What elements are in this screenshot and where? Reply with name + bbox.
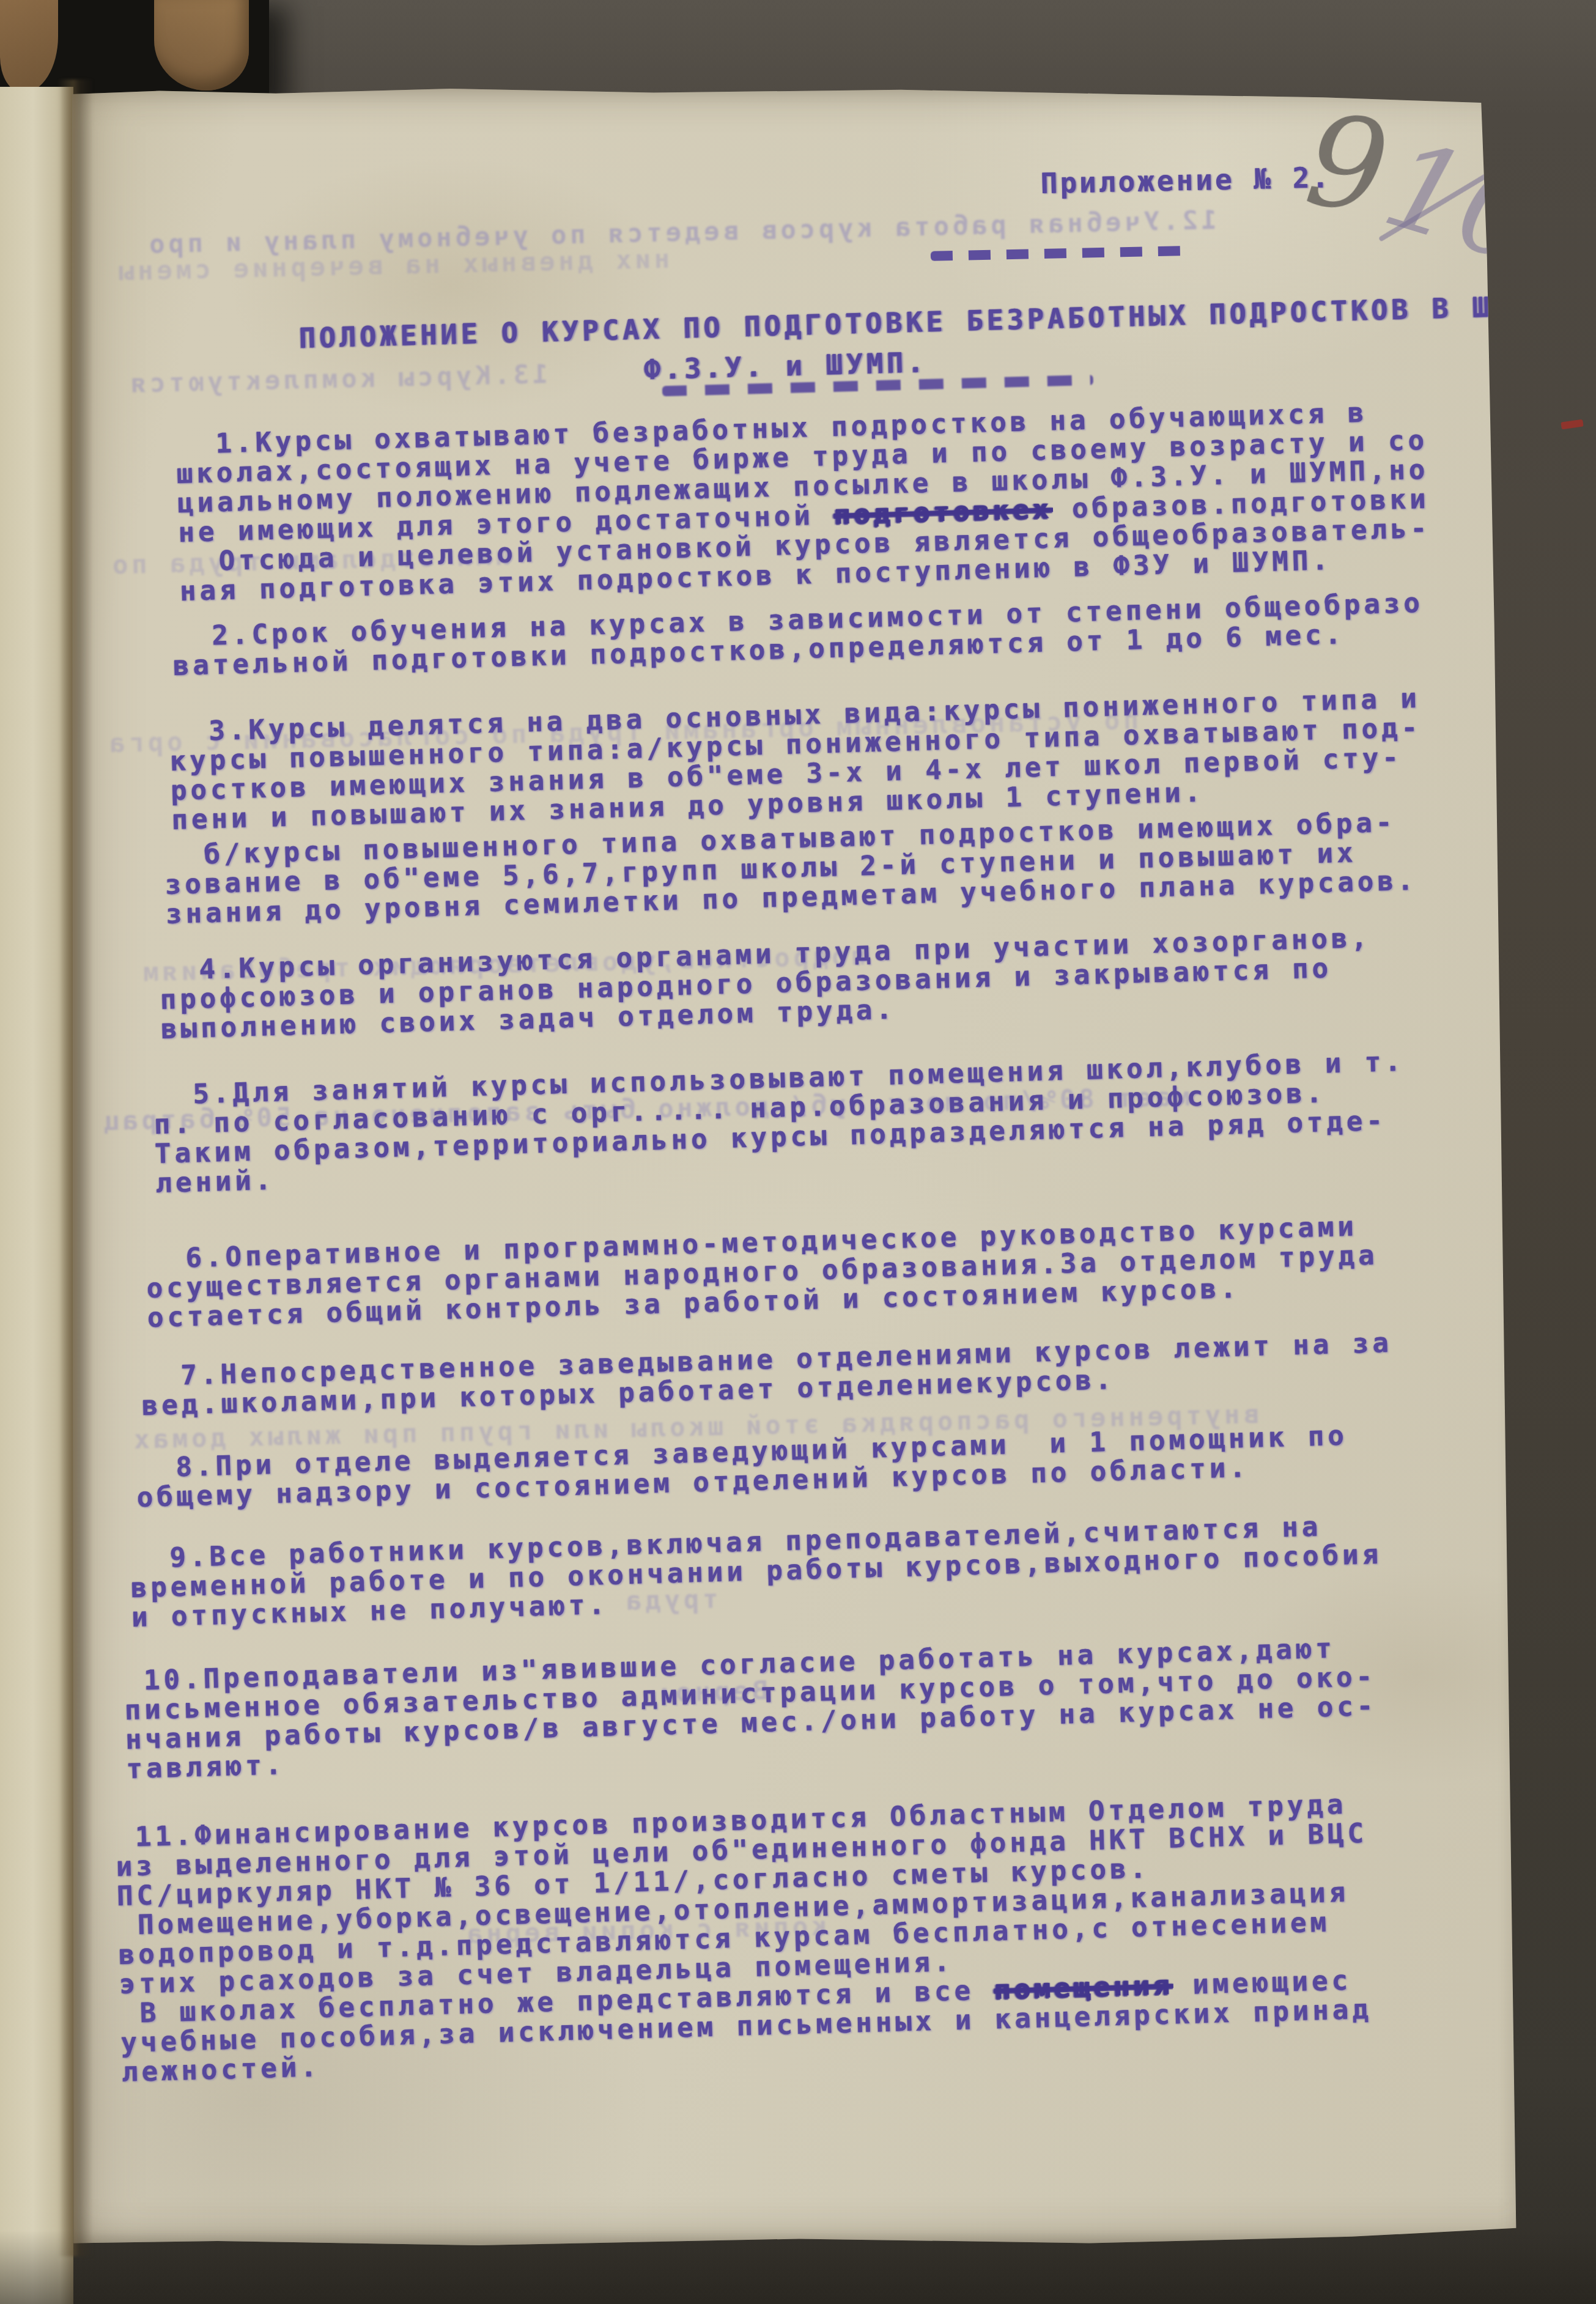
paragraph-2: 2.Срок обучения на курсах в зависимости … xyxy=(172,589,1425,681)
scan-vignette xyxy=(0,2231,1596,2304)
paragraph-6: 6.Оперативное и программно-методическое … xyxy=(146,1212,1380,1333)
struck-word: помещения xyxy=(994,1970,1173,2006)
paragraph-10: 10.Преподаватели из"явившие согласие раб… xyxy=(124,1633,1378,1784)
text-segment: 6.Оперативное и программно-методическое … xyxy=(146,1211,1378,1334)
text-segment: 4.Курсы организуются органами труда при … xyxy=(159,922,1372,1045)
struck-word: подготовкех xyxy=(833,493,1053,531)
text-segment: 9.Все работники курсов,включая преподава… xyxy=(130,1511,1383,1633)
text-segment: 10.Преподаватели из"явившие согласие раб… xyxy=(124,1633,1377,1785)
appendix-label: Приложение № 2. xyxy=(1040,161,1331,200)
paragraph-11: 11.Финансирование курсов производится Об… xyxy=(115,1790,1373,2088)
document-page: 12.Учебная работа курсов ведется по учеб… xyxy=(72,84,1526,2245)
book-spine-shadow xyxy=(57,79,93,2256)
scanned-document: 12.Учебная работа курсов ведется по учеб… xyxy=(0,0,1596,2304)
red-edge-mark xyxy=(1561,419,1583,430)
paragraph-1: 1.Курсы охватывают безработных подростко… xyxy=(175,397,1432,607)
text-segment: 5.Для занятий курсы использовывают помещ… xyxy=(153,1046,1405,1199)
paragraph-9: 9.Все работники курсов,включая преподава… xyxy=(130,1511,1383,1633)
paragraph-4: 4.Курсы организуются органами труда при … xyxy=(159,923,1373,1044)
paragraph-5: 5.Для занятий курсы использовывают помещ… xyxy=(153,1047,1407,1198)
